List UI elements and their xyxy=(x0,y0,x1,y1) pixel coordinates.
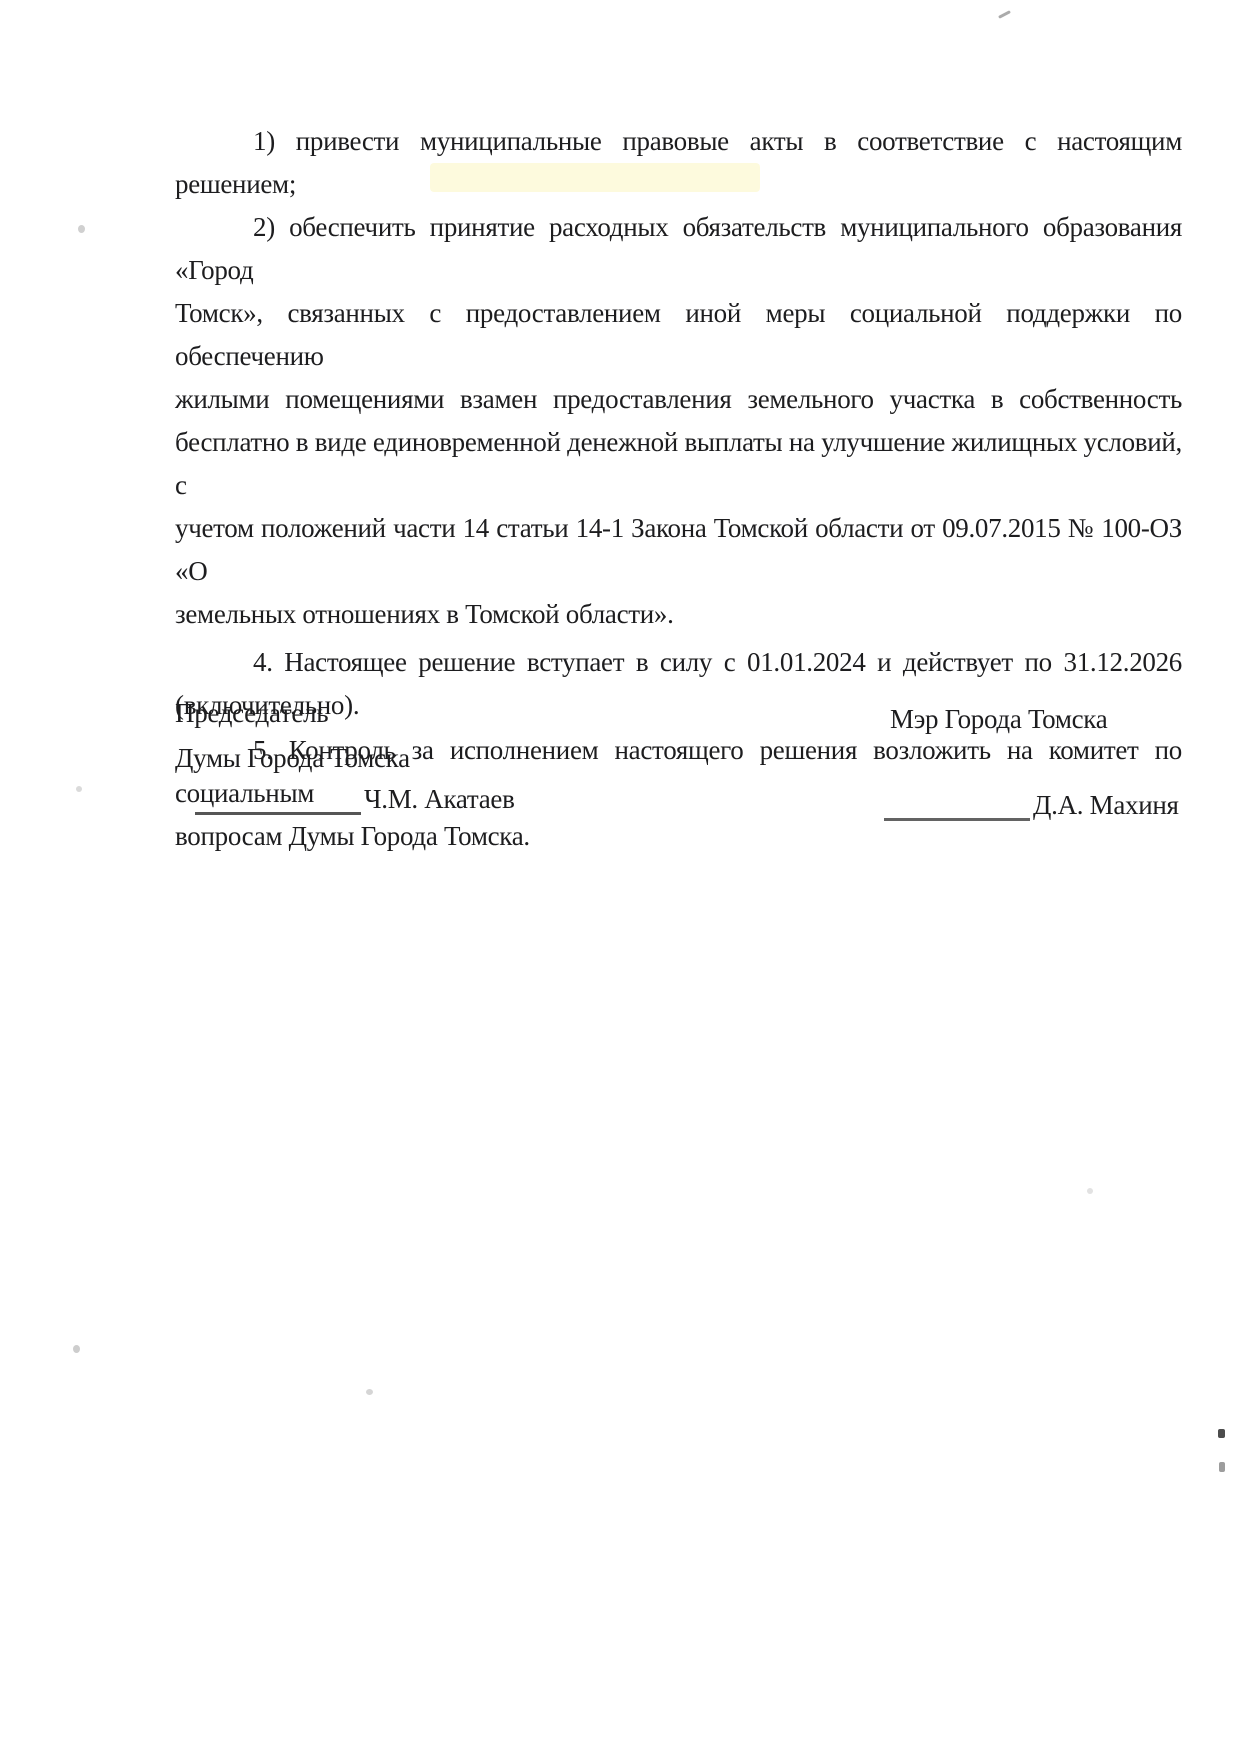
signature-left-title-line1: Председатель xyxy=(175,696,328,730)
signature-right-name-row: Д.А. Махиня xyxy=(884,788,1179,822)
scan-speck xyxy=(78,225,85,233)
scan-speck xyxy=(1219,1462,1225,1472)
scan-speck xyxy=(73,1345,80,1353)
signature-right-title-line1: Мэр Города Томска xyxy=(890,702,1107,736)
scan-speck xyxy=(1087,1188,1093,1194)
text-line: 4. Настоящее решение вступает в силу с 0… xyxy=(175,641,1182,684)
body-paragraph: 1) привести муниципальные правовые акты … xyxy=(175,120,1182,206)
signature-left-line xyxy=(195,792,361,815)
signature-right-line xyxy=(884,798,1030,821)
scan-speck xyxy=(76,786,82,792)
text-line: жилыми помещениями взамен предоставления… xyxy=(175,378,1182,421)
signature-right-name: Д.А. Махиня xyxy=(1030,790,1179,820)
scan-speck xyxy=(1218,1429,1225,1438)
text-line: бесплатно в виде единовременной денежной… xyxy=(175,421,1182,507)
document-page: 1) привести муниципальные правовые акты … xyxy=(0,0,1240,1753)
scan-speck xyxy=(366,1389,373,1395)
text-line: учетом положений части 14 статьи 14-1 За… xyxy=(175,507,1182,593)
signature-left-name: Ч.М. Акатаев xyxy=(361,784,515,814)
text-line: Томск», связанных с предоставлением иной… xyxy=(175,292,1182,378)
text-line: земельных отношениях в Томской области». xyxy=(175,593,1182,636)
signature-left-name-row: Ч.М. Акатаев xyxy=(195,782,515,816)
scan-speck xyxy=(998,10,1011,19)
text-line: 2) обеспечить принятие расходных обязате… xyxy=(175,206,1182,292)
body-paragraph: 2) обеспечить принятие расходных обязате… xyxy=(175,206,1182,636)
text-line: 1) привести муниципальные правовые акты … xyxy=(175,120,1182,206)
signature-left-title-line2: Думы Города Томска xyxy=(175,741,410,775)
